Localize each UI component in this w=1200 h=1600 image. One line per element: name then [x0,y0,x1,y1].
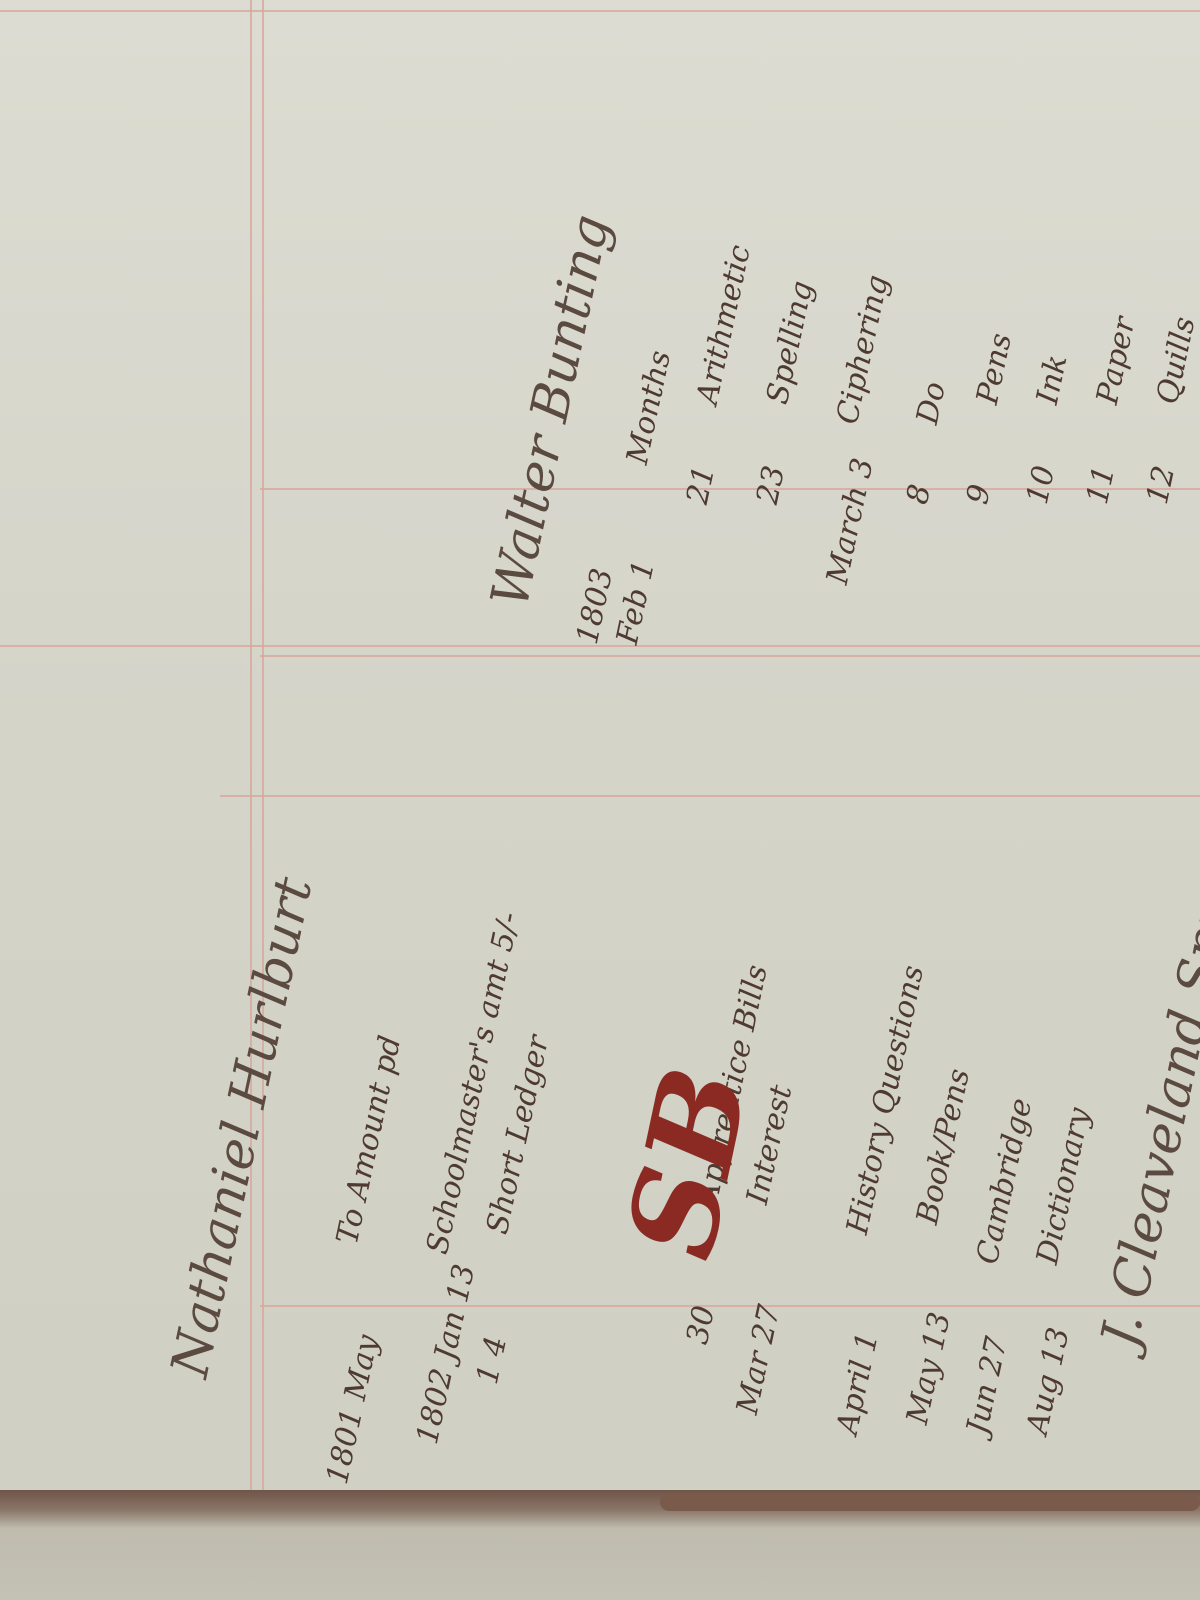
ledger-entry-text: Paper [1090,314,1143,407]
column-rule [260,655,1200,657]
ledger-entry-date: 10 [1020,463,1062,508]
ledger-entry-date: 23 [750,463,792,508]
ledger-entry-text: Spelling [760,278,820,407]
ledger-entry-date: May 13 [900,1309,958,1427]
ledger-entry-date: Jun 27 [960,1334,1015,1438]
ledger-entry-text: Quills [1150,314,1200,407]
right-account-name: Walter Bunting [480,210,622,613]
ledger-entry-date: Feb 1 [610,557,662,647]
ledger-entry-date: 12 [1140,463,1182,508]
ledger-entry-date: Aug 13 [1020,1324,1077,1437]
column-rule [220,795,1200,797]
ledger-entry-date: 1802 Jan 13 [410,1261,482,1447]
ledger-entry-date: 9 [960,481,998,507]
column-rule [260,1305,1200,1307]
ledger-entry-date: 1 4 [470,1333,514,1387]
ledger-entry-date: 11 [1080,463,1122,508]
ledger-entry-text: Do [910,379,953,427]
column-rule [260,488,1200,490]
ledger-page: Nathaniel Hurlburt Walter Bunting 1803 1… [0,0,1200,1600]
ledger-entry-date: 30 [680,1303,722,1348]
margin-rule [250,0,252,1490]
ledger-entry-date: April 1 [830,1329,886,1437]
margin-rule [262,0,264,1490]
ledger-entry-date: 1801 May [320,1332,386,1487]
ledger-entry-date: 8 [900,481,938,507]
ledger-entry-text: Arithmetic [690,242,758,407]
ledger-entry-text: Pens [970,330,1019,407]
column-rule [0,10,1200,12]
ledger-entry-text: Ink [1030,352,1074,408]
ledger-entry-text: Dictionary [1030,1105,1097,1267]
ledger-entry-text: Ciphering [830,272,896,427]
ledger-entry-text: Months [620,348,678,468]
bottom-name: J. Cleaveland Sprod [1090,834,1200,1353]
page-edge [660,1493,1200,1511]
red-ink-mark: SB [600,1056,777,1269]
ledger-entry-text: Cambridge [970,1095,1039,1267]
ledger-entry-date: Mar 27 [730,1302,787,1418]
ledger-entry-date: March 3 [820,455,881,587]
ledger-entry-text: To Amount pd [330,1033,408,1248]
ledger-entry-date: 21 [680,463,722,508]
ledger-entry-text: Book/Pens [910,1066,977,1228]
